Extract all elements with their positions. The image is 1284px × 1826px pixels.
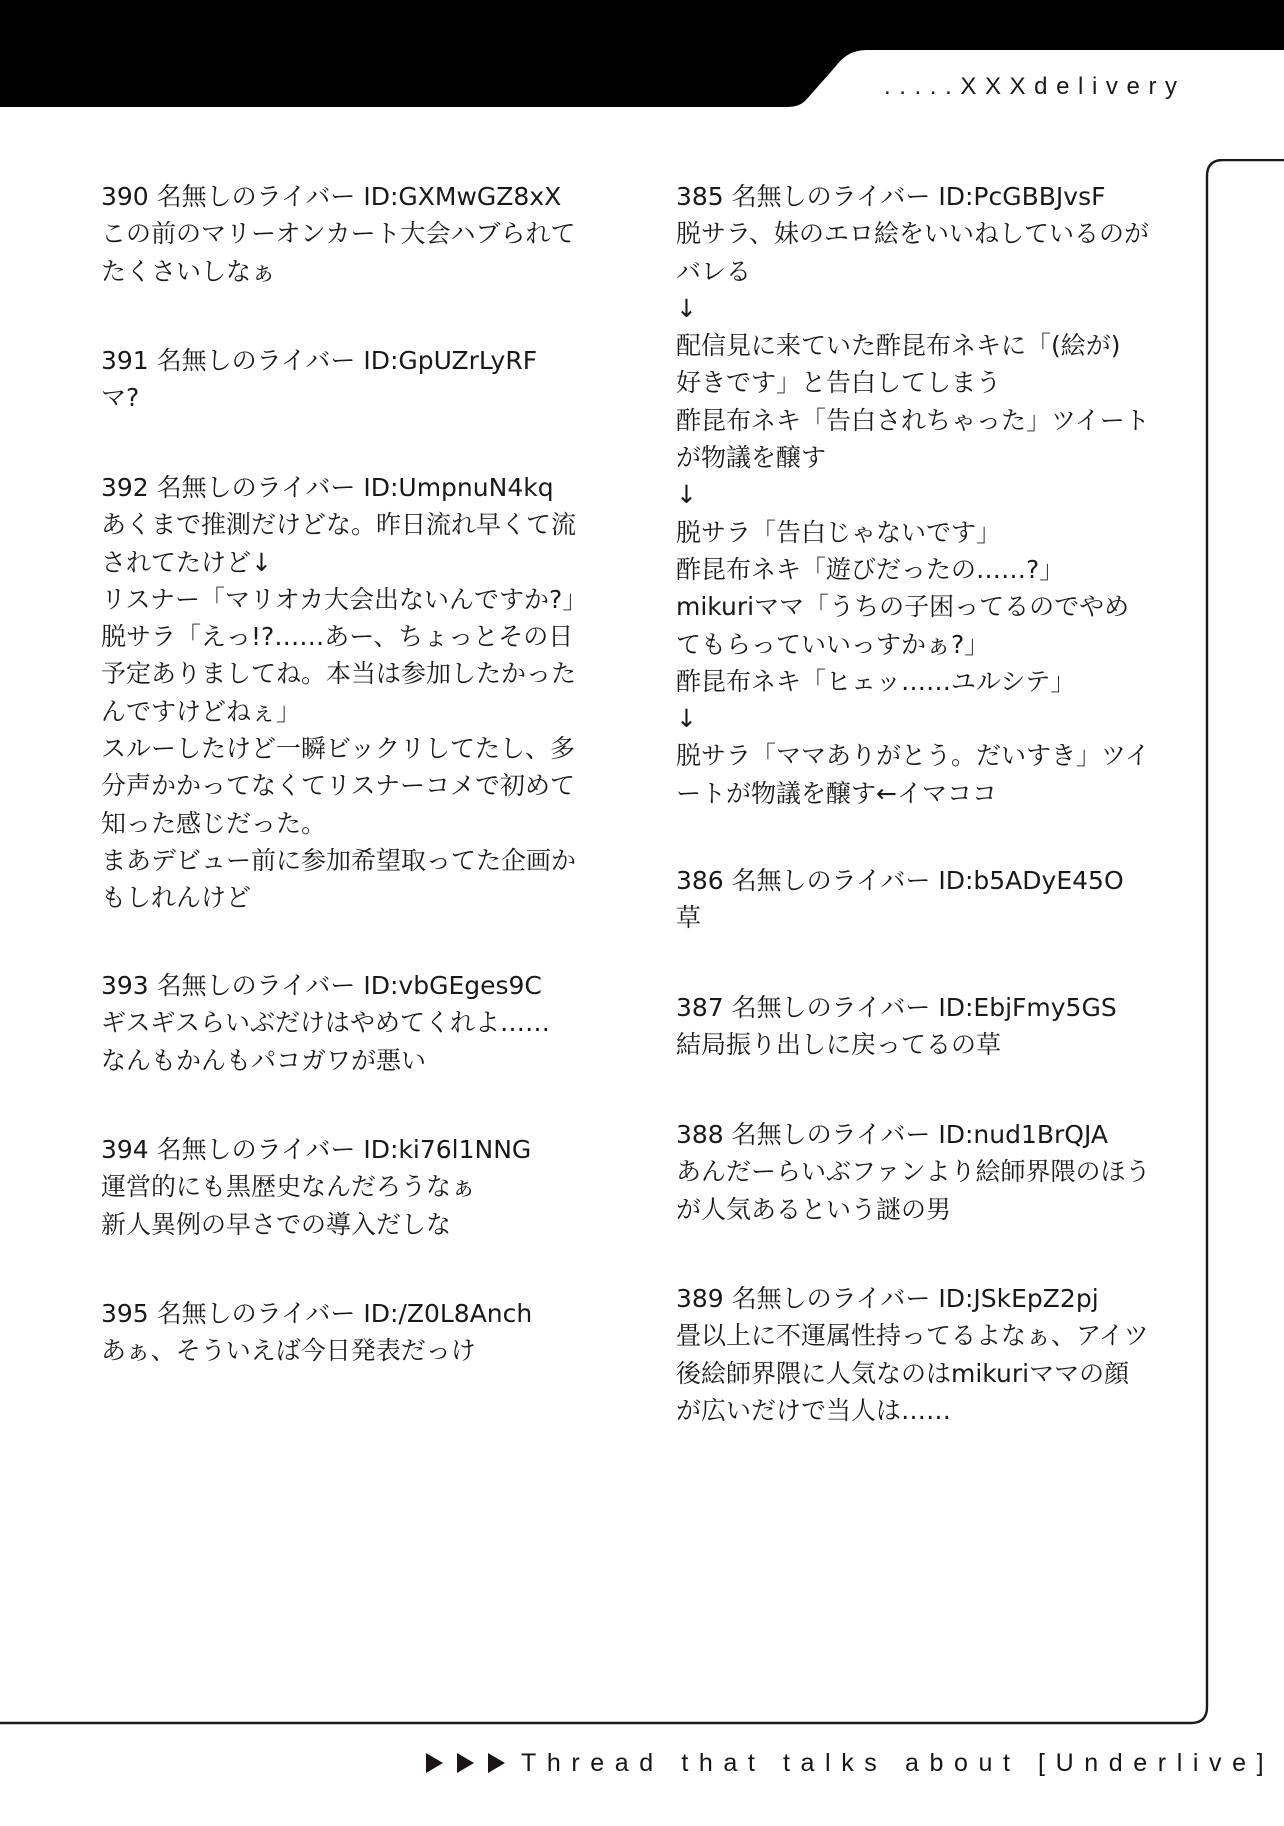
post-389: 389 名無しのライバー ID:JSkEpZ2pj 畳以上に不運属性持ってるよな… bbox=[676, 1280, 1146, 1429]
post-line: が物議を醸す bbox=[676, 439, 1146, 476]
post-header: 395 名無しのライバー ID:/Z0L8Anch bbox=[101, 1295, 571, 1332]
post-line: たくさいしなぁ bbox=[101, 253, 571, 290]
post-line: あんだーらいぶファンより絵師界隈のほう bbox=[676, 1153, 1146, 1190]
post-line: マ? bbox=[101, 379, 571, 416]
post-line: てもらっていいっすかぁ?」 bbox=[676, 626, 1146, 663]
down-arrow-line: ↓ bbox=[676, 290, 1146, 327]
post-391: 391 名無しのライバー ID:GpUZrLyRF マ? bbox=[101, 342, 571, 417]
post-line: 畳以上に不運属性持ってるよなぁ、アイツ bbox=[676, 1317, 1146, 1354]
post-388: 388 名無しのライバー ID:nud1BrQJA あんだーらいぶファンより絵師… bbox=[676, 1116, 1146, 1228]
post-header: 390 名無しのライバー ID:GXMwGZ8xX bbox=[101, 178, 571, 215]
post-line: んですけどねぇ」 bbox=[101, 693, 571, 730]
post-line: 酢昆布ネキ「告白されちゃった」ツイート bbox=[676, 402, 1146, 439]
post-line: mikuriママ「うちの子困ってるのでやめ bbox=[676, 588, 1146, 625]
post-line: 運営的にも黒歴史なんだろうなぁ bbox=[101, 1168, 571, 1205]
post-395: 395 名無しのライバー ID:/Z0L8Anch あぁ、そういえば今日発表だっ… bbox=[101, 1295, 571, 1370]
post-line: 脱サラ「ママありがとう。だいすき」ツイ bbox=[676, 737, 1146, 774]
post-line: 脱サラ、妹のエロ絵をいいねしているのが bbox=[676, 215, 1146, 252]
play-triangle-icon bbox=[488, 1753, 505, 1773]
post-line: が広いだけで当人は…… bbox=[676, 1392, 1146, 1429]
post-387: 387 名無しのライバー ID:EbjFmy5GS 結局振り出しに戻ってるの草 bbox=[676, 989, 1146, 1064]
post-line: 新人異例の早さでの導入だしな bbox=[101, 1206, 571, 1243]
post-line: ギスギスらいぶだけはやめてくれよ…… bbox=[101, 1004, 571, 1041]
post-line: が人気あるという謎の男 bbox=[676, 1191, 1146, 1228]
post-392: 392 名無しのライバー ID:UmpnuN4kq あくまで推測だけどな。昨日流… bbox=[101, 469, 571, 917]
post-394: 394 名無しのライバー ID:ki76l1NNG 運営的にも黒歴史なんだろうな… bbox=[101, 1131, 571, 1243]
header-title: .....XXXdelivery bbox=[884, 70, 1186, 104]
post-header: 389 名無しのライバー ID:JSkEpZ2pj bbox=[676, 1280, 1146, 1317]
down-arrow-line: ↓ bbox=[676, 700, 1146, 737]
post-line: 好きです」と告白してしまう bbox=[676, 364, 1146, 401]
post-header: 394 名無しのライバー ID:ki76l1NNG bbox=[101, 1131, 571, 1168]
footer: Thread that talks about [Underlive] bbox=[426, 1745, 1274, 1781]
post-line: 分声かかってなくてリスナーコメで初めて bbox=[101, 767, 571, 804]
post-header: 391 名無しのライバー ID:GpUZrLyRF bbox=[101, 342, 571, 379]
post-line: されてたけど↓ bbox=[101, 544, 571, 581]
post-line: まあデビュー前に参加希望取ってた企画か bbox=[101, 842, 571, 879]
post-header: 393 名無しのライバー ID:vbGEges9C bbox=[101, 967, 571, 1004]
post-390: 390 名無しのライバー ID:GXMwGZ8xX この前のマリーオンカート大会… bbox=[101, 178, 571, 290]
post-header: 388 名無しのライバー ID:nud1BrQJA bbox=[676, 1116, 1146, 1153]
post-line: 脱サラ「告白じゃないです」 bbox=[676, 514, 1146, 551]
post-header: 387 名無しのライバー ID:EbjFmy5GS bbox=[676, 989, 1146, 1026]
post-line: スルーしたけど一瞬ビックリしてたし、多 bbox=[101, 730, 571, 767]
down-arrow-line: ↓ bbox=[676, 476, 1146, 513]
post-line: あぁ、そういえば今日発表だっけ bbox=[101, 1332, 571, 1369]
post-line: なんもかんもパコガワが悪い bbox=[101, 1042, 571, 1079]
post-line: 草 bbox=[676, 899, 1146, 936]
post-line: ートが物議を醸す←イマココ bbox=[676, 775, 1146, 812]
post-line: 知った感じだった。 bbox=[101, 805, 571, 842]
play-triangle-icon bbox=[457, 1753, 474, 1773]
post-385: 385 名無しのライバー ID:PcGBBJvsF 脱サラ、妹のエロ絵をいいねし… bbox=[676, 178, 1146, 812]
post-header: 392 名無しのライバー ID:UmpnuN4kq bbox=[101, 469, 571, 506]
post-line: もしれんけど bbox=[101, 879, 571, 916]
post-line: 酢昆布ネキ「遊びだったの……?」 bbox=[676, 551, 1146, 588]
post-393: 393 名無しのライバー ID:vbGEges9C ギスギスらいぶだけはやめてく… bbox=[101, 967, 571, 1079]
post-line: リスナー「マリオカ大会出ないんですか?」 bbox=[101, 581, 571, 618]
post-header: 386 名無しのライバー ID:b5ADyE45O bbox=[676, 862, 1146, 899]
post-line: バレる bbox=[676, 253, 1146, 290]
footer-title: Thread that talks about [Underlive] bbox=[521, 1749, 1274, 1778]
post-line: この前のマリーオンカート大会ハブられて bbox=[101, 215, 571, 252]
play-triangle-icon bbox=[426, 1753, 443, 1773]
post-line: 脱サラ「えっ!?……あー、ちょっとその日 bbox=[101, 618, 571, 655]
post-line: 配信見に来ていた酢昆布ネキに「(絵が) bbox=[676, 327, 1146, 364]
post-line: 後絵師界隈に人気なのはmikuriママの顔 bbox=[676, 1355, 1146, 1392]
post-386: 386 名無しのライバー ID:b5ADyE45O 草 bbox=[676, 862, 1146, 937]
post-line: 酢昆布ネキ「ヒェッ……ユルシテ」 bbox=[676, 663, 1146, 700]
post-line: あくまで推測だけどな。昨日流れ早くて流 bbox=[101, 506, 571, 543]
post-line: 予定ありましてね。本当は参加したかった bbox=[101, 655, 571, 692]
post-header: 385 名無しのライバー ID:PcGBBJvsF bbox=[676, 178, 1146, 215]
post-line: 結局振り出しに戻ってるの草 bbox=[676, 1026, 1146, 1063]
